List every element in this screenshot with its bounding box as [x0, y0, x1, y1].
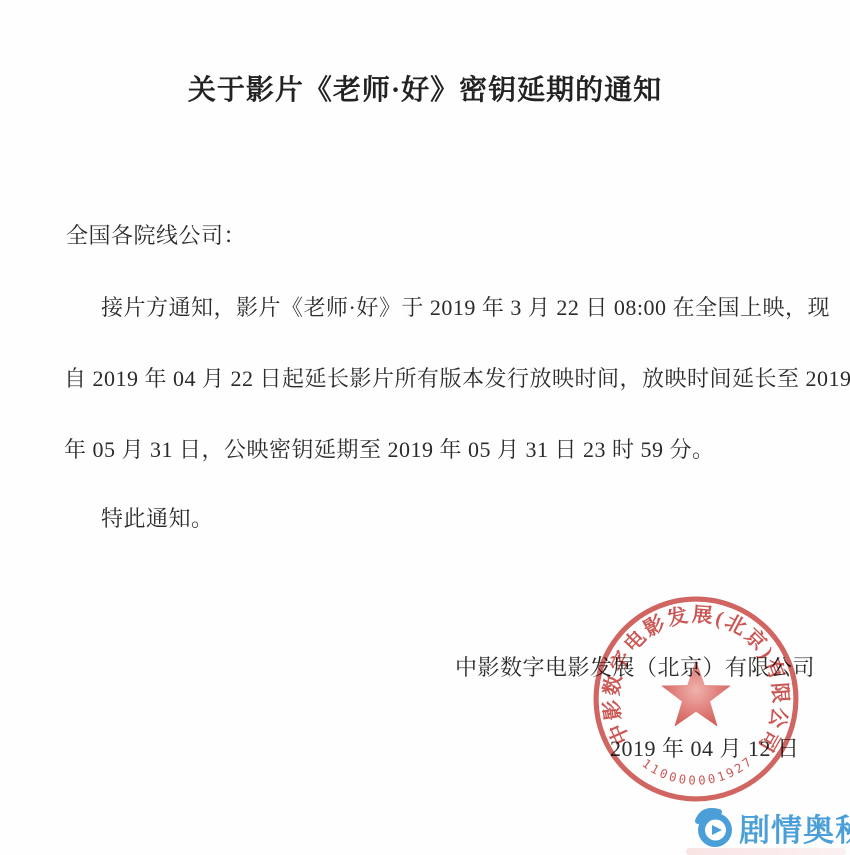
watermark-logo-icon: [692, 804, 736, 850]
notice-document: 关于影片《老师·好》密钥延期的通知 全国各院线公司： 接片方通知，影片《老师·好…: [0, 0, 850, 855]
body-line-3: 年 05 月 31 日，公映密钥延期至 2019 年 05 月 31 日 23 …: [64, 433, 715, 464]
company-seal-stamp: 中影数字电影发展(北京)有限公司 1100000019271: [591, 594, 801, 804]
salutation: 全国各院线公司：: [66, 219, 246, 250]
watermark: 剧情奥秘: [692, 804, 850, 850]
notice-title: 关于影片《老师·好》密钥延期的通知: [0, 68, 850, 108]
seal-star-icon: [661, 660, 731, 726]
closing-phrase: 特此通知。: [101, 502, 214, 533]
watermark-text: 剧情奥秘: [739, 805, 850, 850]
body-line-2: 自 2019 年 04 月 22 日起延长影片所有版本发行放映时间，放映时间延长…: [64, 362, 850, 393]
body-line-1: 接片方通知，影片《老师·好》于 2019 年 3 月 22 日 08:00 在全…: [101, 291, 830, 322]
scan-smudge: [686, 848, 846, 855]
